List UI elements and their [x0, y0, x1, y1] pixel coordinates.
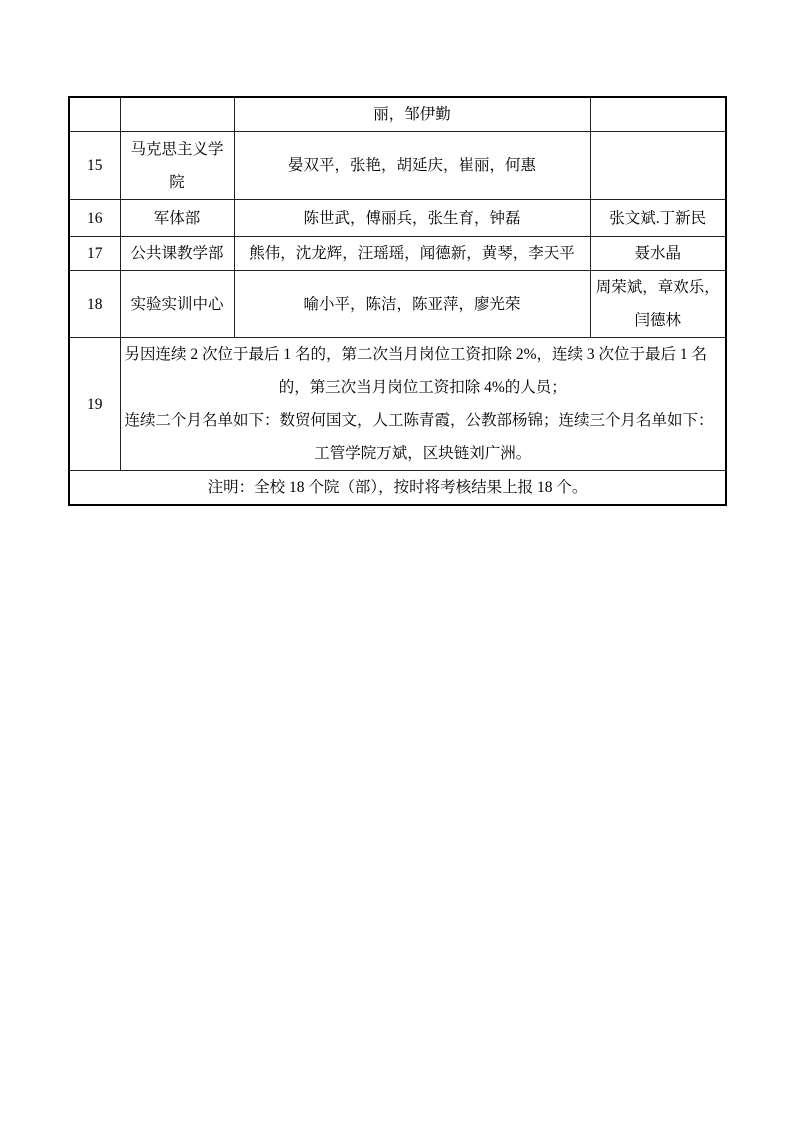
names-line: 晏双平，张艳，胡延庆，崔丽，何惠	[239, 149, 586, 182]
cell-department: 军体部	[120, 200, 234, 237]
cell-names: 熊伟，沈龙辉，汪瑶瑶，闻德新，黄琴，李天平	[234, 237, 590, 271]
department-line: 实验实训中心	[125, 288, 230, 321]
table-row-16: 16 军体部 陈世武，傅丽兵，张生育，钟磊 张文斌.丁新民	[69, 200, 726, 237]
cell-supervisors: 张文斌.丁新民	[590, 200, 726, 237]
department-line: 院	[125, 166, 230, 199]
remarks-line-1: 另因连续 2 次位于最后 1 名的，第二次当月岗位工资扣除 2%，连续 3 次位…	[125, 338, 722, 371]
table-row-note: 注明：全校 18 个院（部），按时将考核结果上报 18 个。	[69, 471, 726, 506]
table-row-18: 18 实验实训中心 喻小平，陈洁，陈亚萍，廖光荣 周荣斌，章欢乐， 闫德林	[69, 271, 726, 338]
cell-row-number	[69, 97, 120, 132]
document-page: 丽，邹伊勤 15 马克思主义学 院 晏双平，张艳，胡延庆，崔丽，何惠 16 军体…	[0, 0, 793, 1122]
cell-row-number: 17	[69, 237, 120, 271]
department-line: 军体部	[125, 202, 230, 235]
cell-row-number: 19	[69, 338, 120, 471]
department-line: 马克思主义学	[125, 133, 230, 166]
names-line: 陈世武，傅丽兵，张生育，钟磊	[239, 202, 586, 235]
names-line: 丽，邹伊勤	[239, 98, 586, 131]
table-row-15: 15 马克思主义学 院 晏双平，张艳，胡延庆，崔丽，何惠	[69, 132, 726, 200]
supervisors-line: 闫德林	[595, 304, 722, 337]
supervisors-line: 周荣斌，章欢乐，	[595, 271, 722, 304]
table-row-19: 19 另因连续 2 次位于最后 1 名的，第二次当月岗位工资扣除 2%，连续 3…	[69, 338, 726, 471]
names-line: 熊伟，沈龙辉，汪瑶瑶，闻德新，黄琴，李天平	[239, 237, 586, 270]
cell-supervisors: 周荣斌，章欢乐， 闫德林	[590, 271, 726, 338]
supervisors-line: 聂水晶	[595, 237, 722, 270]
cell-row-number: 16	[69, 200, 120, 237]
cell-row-number: 15	[69, 132, 120, 200]
cell-names: 喻小平，陈洁，陈亚萍，廖光荣	[234, 271, 590, 338]
cell-names: 晏双平，张艳，胡延庆，崔丽，何惠	[234, 132, 590, 200]
table-row-continuation: 丽，邹伊勤	[69, 97, 726, 132]
names-line: 喻小平，陈洁，陈亚萍，廖光荣	[239, 288, 586, 321]
cell-note: 注明：全校 18 个院（部），按时将考核结果上报 18 个。	[69, 471, 726, 506]
cell-names: 丽，邹伊勤	[234, 97, 590, 132]
remarks-line-3: 连续二个月名单如下：数贸何国文，人工陈青霞，公教部杨锦；连续三个月名单如下：	[125, 404, 722, 437]
cell-remarks: 另因连续 2 次位于最后 1 名的，第二次当月岗位工资扣除 2%，连续 3 次位…	[120, 338, 726, 471]
department-line: 公共课教学部	[125, 237, 230, 270]
cell-row-number: 18	[69, 271, 120, 338]
remarks-line-2: 的，第三次当月岗位工资扣除 4%的人员；	[125, 371, 722, 404]
note-text: 注明：全校 18 个院（部），按时将考核结果上报 18 个。	[74, 471, 721, 504]
assessment-table: 丽，邹伊勤 15 马克思主义学 院 晏双平，张艳，胡延庆，崔丽，何惠 16 军体…	[68, 96, 727, 506]
cell-supervisors: 聂水晶	[590, 237, 726, 271]
cell-names: 陈世武，傅丽兵，张生育，钟磊	[234, 200, 590, 237]
table-row-17: 17 公共课教学部 熊伟，沈龙辉，汪瑶瑶，闻德新，黄琴，李天平 聂水晶	[69, 237, 726, 271]
cell-department: 实验实训中心	[120, 271, 234, 338]
cell-department: 公共课教学部	[120, 237, 234, 271]
supervisors-line: 张文斌.丁新民	[595, 202, 722, 235]
remarks-line-4: 工管学院万斌，区块链刘广洲。	[125, 437, 722, 470]
cell-department: 马克思主义学 院	[120, 132, 234, 200]
cell-supervisors	[590, 132, 726, 200]
cell-department	[120, 97, 234, 132]
cell-supervisors	[590, 97, 726, 132]
